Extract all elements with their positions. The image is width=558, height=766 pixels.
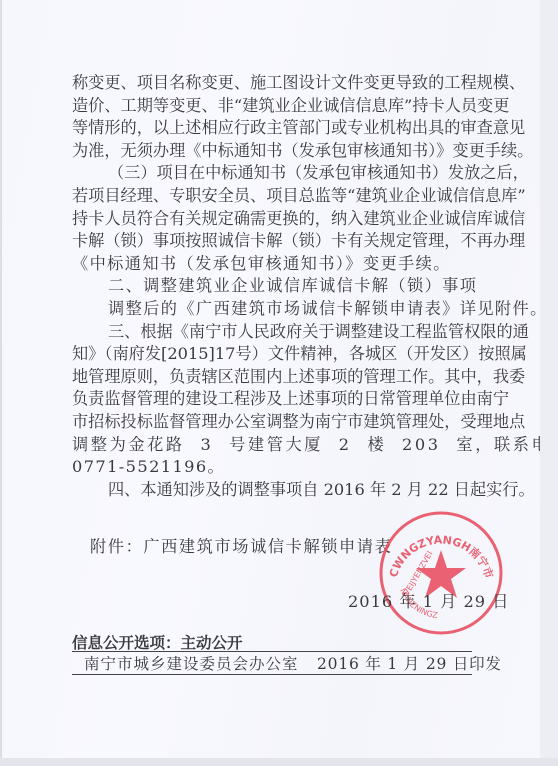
body-line: （三）项目在中标通知书（发承包审核通知书）发放之后， [108, 162, 470, 184]
body-line: 三、根据《南宁市人民政府关于调整建设工程监管权限的通 [108, 321, 470, 343]
footer-rule-bottom [72, 674, 472, 675]
body-line: 知》（南府发[2015]17号）文件精神，各城区（开发区）按照属 [72, 343, 470, 365]
attachment-note: 附件：广西建筑市场诚信卡解锁申请表 [90, 536, 390, 558]
body-line: 持卡人员符合有关规定确需更换的，纳入建筑业企业诚信库诚信 [72, 208, 470, 230]
body-line: 市招标投标监督管理办公室调整为南宁市建筑管理处，受理地点 [72, 411, 470, 433]
body-line: 调整为金花路 3 号建管大厦 2 楼 203 室，联系电话为 [72, 434, 470, 456]
body-line: 四、本通知涉及的调整事项自 2016 年 2 月 22 日起实行。 [108, 479, 470, 501]
body-line: 卡解（锁）事项按照诚信卡解（锁）卡有关规定管理，不再办理 [72, 230, 470, 252]
body-line: 地管理原则，负责辖区范围内上述事项的管理工作。其中，我委 [72, 366, 470, 388]
body-line: 《中标通知书（发承包审核通知书）》变更手续。 [72, 253, 470, 275]
body-line: 二、调整建筑业企业诚信库诚信卡解（锁）事项 [108, 275, 470, 297]
body-line: 等情形的，以上述相应行政主管部门或专业机构出具的审查意见 [72, 117, 470, 139]
body-line: 若项目经理、专职安全员、项目总监等“建筑业企业诚信信息库” [72, 185, 470, 207]
scan-edge-bottom [0, 758, 558, 766]
footer-rule-top [72, 651, 472, 652]
body-line: 0771-5521196。 [72, 456, 470, 478]
body-line: 负责监督管理的建设工程涉及上述事项的日常管理单位由南宁 [72, 388, 470, 410]
issuer-name: 南宁市城乡建设委员会办公室 [84, 653, 284, 675]
body-line: 称变更、项目名称变更、施工图设计文件变更导致的工程规模、 [72, 72, 470, 94]
signature-date: 2016 年 1 月 29 日 [348, 591, 488, 613]
issue-date: 2016 年 1 月 29 日印发 [317, 653, 477, 675]
body-line: 为准，无须办理《中标通知书（发承包审核通知书）》变更手续。 [72, 140, 470, 162]
body-line: 造价、工期等变更、非“建筑业企业诚信信息库”持卡人员变更 [72, 95, 470, 117]
official-seal-icon: CWNGZYANGH南宁市城乡建设委员会 NANZNINGZ VEIJYENZV… [378, 510, 504, 636]
document-page: 称变更、项目名称变更、施工图设计文件变更导致的工程规模、造价、工期等变更、非“建… [2, 0, 540, 758]
scan-edge-right [540, 0, 558, 766]
body-line: 调整后的《广西建筑市场诚信卡解锁申请表》详见附件。 [108, 298, 470, 320]
